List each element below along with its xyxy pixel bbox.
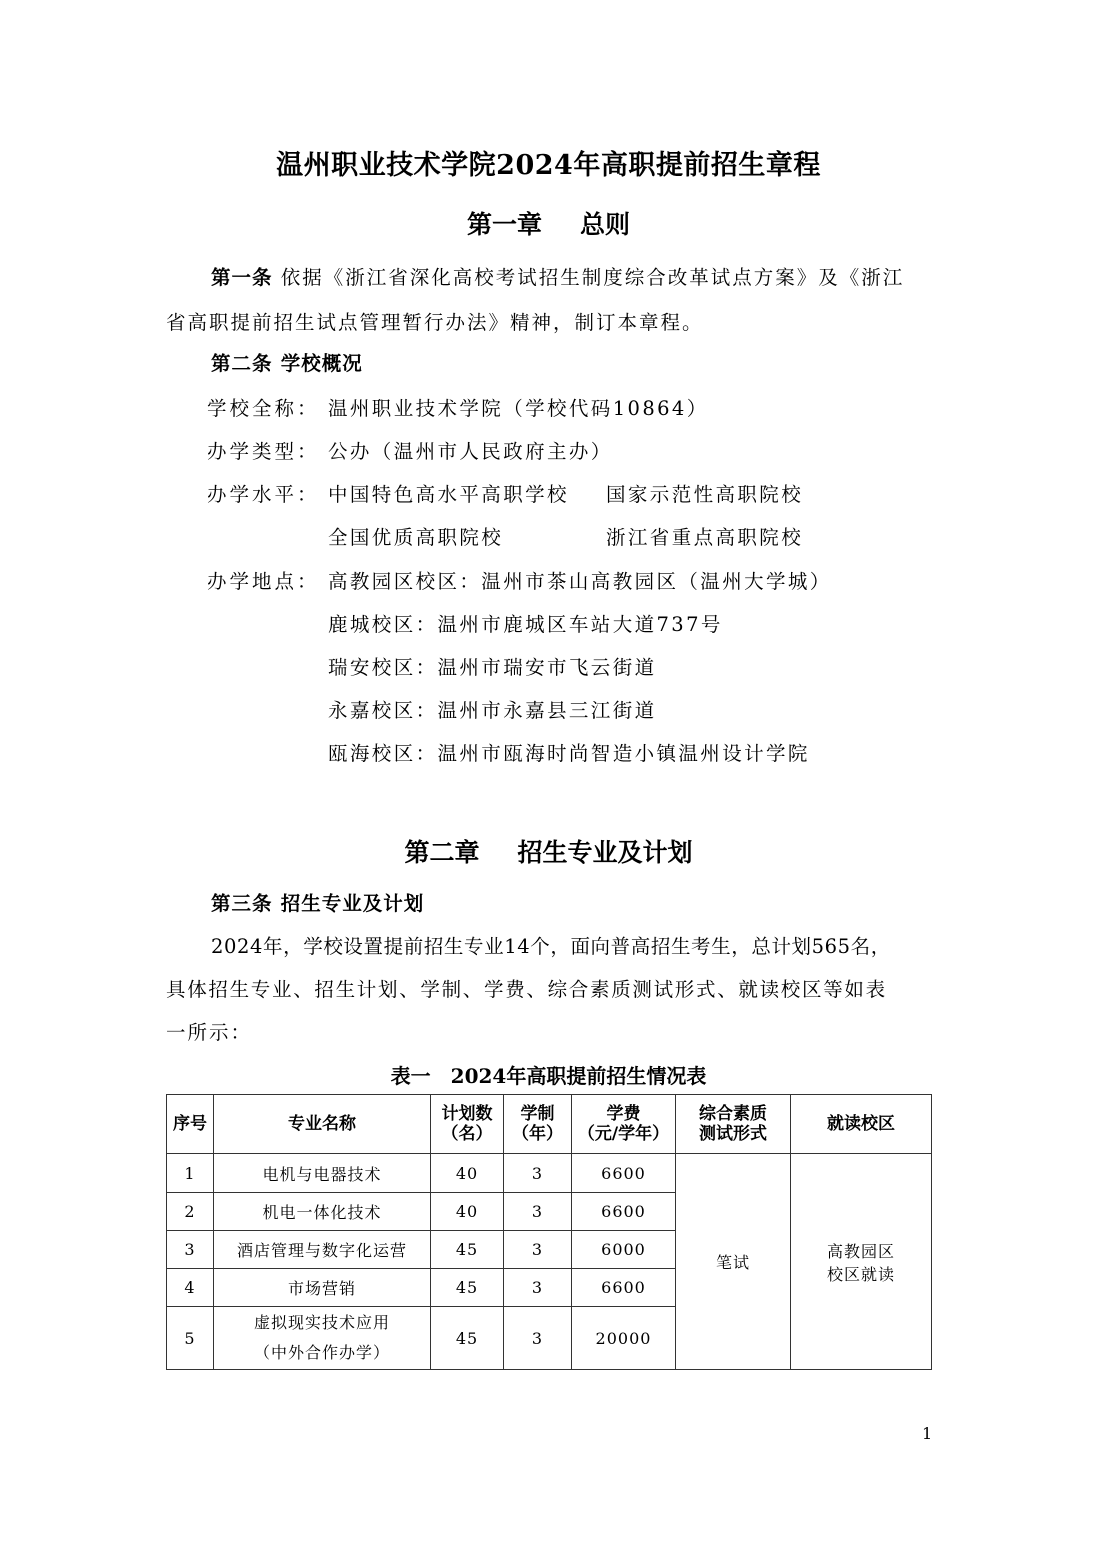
cell-major: 市场营销 xyxy=(214,1269,431,1307)
article-3-heading: 第三条 招生专业及计划 xyxy=(211,888,424,916)
table-row: 1 电机与电器技术 40 3 6600 笔试 高教园区校区就读 xyxy=(167,1154,932,1193)
chapter-2-name: 招生专业及计划 xyxy=(518,838,693,867)
cell-fee: 6600 xyxy=(572,1269,676,1307)
level-item: 中国特色高水平高职学校 xyxy=(328,479,569,507)
header-plan: 计划数（名） xyxy=(431,1095,504,1154)
level-item: 国家示范性高职院校 xyxy=(606,479,803,507)
full-name-label: 学校全称： xyxy=(207,393,320,421)
level-item: 浙江省重点高职院校 xyxy=(606,522,803,550)
chapter-1-heading: 第一章总则 xyxy=(0,205,1097,241)
cell-seq: 1 xyxy=(167,1154,214,1193)
cell-major: 虚拟现实技术应用（中外合作办学） xyxy=(214,1307,431,1370)
chapter-1-name: 总则 xyxy=(580,210,630,239)
document-title: 温州职业技术学院2024年高职提前招生章程 xyxy=(0,143,1097,182)
cell-fee: 6600 xyxy=(572,1193,676,1231)
page-number: 1 xyxy=(922,1424,932,1443)
cell-years: 3 xyxy=(504,1231,572,1269)
article-3-line-2: 具体招生专业、招生计划、学制、学费、综合素质测试形式、就读校区等如表 xyxy=(166,974,887,1002)
type-value: 公办（温州市人民政府主办） xyxy=(328,436,613,464)
article-2-title: 学校概况 xyxy=(281,352,363,375)
cell-plan: 40 xyxy=(431,1154,504,1193)
cell-years: 3 xyxy=(504,1154,572,1193)
cell-plan: 45 xyxy=(431,1231,504,1269)
type-label: 办学类型： xyxy=(207,436,320,464)
cell-years: 3 xyxy=(504,1307,572,1370)
cell-plan: 45 xyxy=(431,1269,504,1307)
article-1-line-1: 第一条 依据《浙江省深化高校考试招生制度综合改革试点方案》及《浙江 xyxy=(211,262,904,290)
article-3-title: 招生专业及计划 xyxy=(281,892,425,915)
location-item: 瓯海校区：温州市瓯海时尚智造小镇温州设计学院 xyxy=(328,738,810,766)
article-3-line-3: 一所示： xyxy=(166,1017,252,1045)
header-campus: 就读校区 xyxy=(791,1095,932,1154)
cell-campus: 高教园区校区就读 xyxy=(791,1154,932,1370)
cell-major: 电机与电器技术 xyxy=(214,1154,431,1193)
chapter-2-heading: 第二章招生专业及计划 xyxy=(0,833,1097,869)
article-3-label: 第三条 xyxy=(211,892,273,915)
header-seq: 序号 xyxy=(167,1095,214,1154)
cell-plan: 45 xyxy=(431,1307,504,1370)
article-1-line-2: 省高职提前招生试点管理暂行办法》精神，制订本章程。 xyxy=(166,307,704,335)
level-label: 办学水平： xyxy=(207,479,320,507)
article-3-line-1: 2024年，学校设置提前招生专业14个，面向普高招生考生，总计划565名， xyxy=(211,931,891,959)
cell-major: 酒店管理与数字化运营 xyxy=(214,1231,431,1269)
location-label: 办学地点： xyxy=(207,566,320,594)
location-item: 高教园区校区：温州市茶山高教园区（温州大学城） xyxy=(328,566,832,594)
level-item: 全国优质高职院校 xyxy=(328,522,503,550)
header-fee: 学费（元/学年） xyxy=(572,1095,676,1154)
article-1-label: 第一条 xyxy=(211,266,273,289)
chapter-1-number: 第一章 xyxy=(467,210,542,239)
cell-fee: 6600 xyxy=(572,1154,676,1193)
location-item: 鹿城校区：温州市鹿城区车站大道737号 xyxy=(328,609,723,637)
chapter-2-number: 第二章 xyxy=(404,838,479,867)
location-item: 永嘉校区：温州市永嘉县三江街道 xyxy=(328,695,657,723)
cell-years: 3 xyxy=(504,1269,572,1307)
header-years: 学制（年） xyxy=(504,1095,572,1154)
article-2-label: 第二条 xyxy=(211,352,273,375)
table-header-row: 序号 专业名称 计划数（名） 学制（年） 学费（元/学年） 综合素质测试形式 就… xyxy=(167,1095,932,1154)
location-item: 瑞安校区：温州市瑞安市飞云街道 xyxy=(328,652,657,680)
cell-test-form: 笔试 xyxy=(676,1154,791,1370)
full-name-value: 温州职业技术学院（学校代码10864） xyxy=(328,393,709,421)
enrollment-table: 序号 专业名称 计划数（名） 学制（年） 学费（元/学年） 综合素质测试形式 就… xyxy=(166,1094,932,1370)
header-major: 专业名称 xyxy=(214,1095,431,1154)
cell-seq: 5 xyxy=(167,1307,214,1370)
cell-major: 机电一体化技术 xyxy=(214,1193,431,1231)
cell-seq: 3 xyxy=(167,1231,214,1269)
article-1-text-1: 依据《浙江省深化高校考试招生制度综合改革试点方案》及《浙江 xyxy=(281,266,905,289)
cell-years: 3 xyxy=(504,1193,572,1231)
cell-plan: 40 xyxy=(431,1193,504,1231)
cell-seq: 4 xyxy=(167,1269,214,1307)
table-caption: 表一 2024年高职提前招生情况表 xyxy=(0,1060,1097,1089)
cell-fee: 20000 xyxy=(572,1307,676,1370)
cell-seq: 2 xyxy=(167,1193,214,1231)
header-test-form: 综合素质测试形式 xyxy=(676,1095,791,1154)
article-2-heading: 第二条 学校概况 xyxy=(211,348,363,376)
cell-fee: 6000 xyxy=(572,1231,676,1269)
